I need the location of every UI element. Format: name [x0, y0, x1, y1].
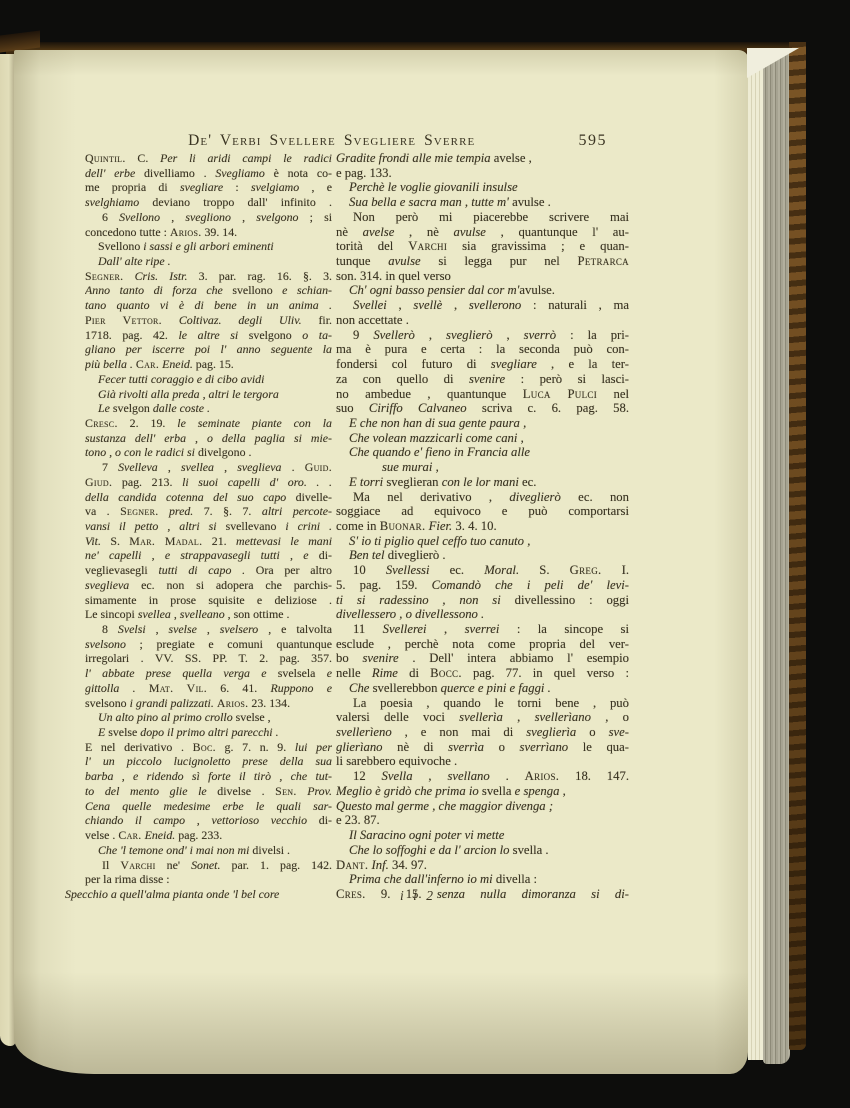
italic-text: e: [327, 666, 332, 680]
small-caps-text: Segner.: [120, 504, 158, 518]
small-caps-text: Sen.: [275, 784, 296, 798]
italic-text: tono , o con le radici si: [85, 445, 195, 459]
text-line: Fecer tutti coraggio e di cibo avidi: [85, 372, 332, 387]
page-stack-edge: [763, 50, 790, 1064]
text-line: tunque avulse si legga pur nel Petrarca: [336, 254, 629, 269]
text-line: Cresc. 2. 19. le seminate piante con la: [85, 416, 332, 431]
text-line: nelle Rime di Bocc. pag. 77. in quel ver…: [336, 666, 629, 681]
text-line: Questo mal germe , che maggior divenga ;: [336, 799, 629, 814]
italic-text: Svella: [382, 769, 413, 783]
text-line: concedono tutte : Arios. 39. 14.: [85, 225, 332, 240]
text-line: bo svenire . Dell' intera abbiamo l' ese…: [336, 651, 629, 666]
italic-text: ti si radessino , non si: [336, 593, 501, 607]
text-line: Già rivolti alla preda , altri le tergor…: [85, 387, 332, 402]
italic-text: Svellono: [119, 210, 160, 224]
italic-text: Coltivaz. degli Uliv.: [179, 313, 302, 327]
text-line: Svellei , svellè , svellerono : naturali…: [336, 298, 629, 313]
italic-text: dell' erbe: [85, 166, 135, 180]
text-line: valersi delle voci svellerìa , svellerìa…: [336, 710, 629, 725]
italic-text: svellerìeno: [336, 725, 392, 739]
italic-text: Meglio è gridò che prima io: [336, 784, 479, 798]
italic-text: svegliare: [180, 180, 223, 194]
small-caps-text: Cres.: [336, 887, 366, 901]
italic-text: sustanza dell' erba , o della paglia si …: [85, 431, 332, 445]
text-line: come in Buonar. Fier. 3. 4. 10.: [336, 519, 629, 534]
italic-text: avulse: [454, 225, 486, 239]
text-line: ti si radessino , non si divellessino : …: [336, 593, 629, 608]
text-line: 9 Svellerò , sveglierò , sverrò : la pri…: [336, 328, 629, 343]
text-line: irregolari . VV. SS. PP. T. 2. pag. 357.: [85, 651, 332, 666]
italic-text: Ch' ogni basso pensier dal cor m': [349, 283, 519, 297]
italic-text: sverrei: [465, 622, 500, 636]
text-line: barba , e ridendo sì forte il tirò , che…: [85, 769, 332, 784]
text-line: Cena quelle medesime erbe le quali sar-: [85, 799, 332, 814]
italic-text: avelse: [363, 225, 395, 239]
text-line: 7 Svelleva , svellea , sveglieva . Guid.: [85, 460, 332, 475]
text-line: l' un piccolo lucignoletto prese della s…: [85, 754, 332, 769]
italic-text: glierìano: [336, 740, 383, 754]
italic-text: sveglieva: [237, 460, 281, 474]
italic-text: sveglieva: [85, 578, 129, 592]
italic-text: svellano: [447, 769, 489, 783]
small-caps-text: Greg.: [570, 563, 602, 577]
italic-text: i sassi e gli arbori eminenti: [143, 239, 273, 253]
small-caps-text: Pier Vettor.: [85, 313, 162, 327]
text-line: 5. pag. 159. Comandò che i peli de' levi…: [336, 578, 629, 593]
italic-text: svelgono: [256, 210, 298, 224]
text-line: Meglio è gridò che prima io svella e spe…: [336, 784, 629, 799]
italic-text: sveglierìa: [526, 725, 576, 739]
small-caps-text: Car.: [118, 828, 141, 842]
italic-text: svenire: [362, 651, 398, 665]
running-head-title: De' Verbi Svellere Svegliere Sverre: [85, 132, 579, 150]
italic-text: Svelleva: [118, 460, 158, 474]
text-line: svellerìeno , e non mai di sveglierìa o …: [336, 725, 629, 740]
text-line: e 23. 87.: [336, 813, 629, 828]
italic-text: Il Saracino ogni poter vi mette: [349, 828, 504, 842]
italic-text: Che 'l temone ond' i mai non mi: [98, 843, 249, 857]
text-line: 11 Svellerei , sverrei : la sincope si: [336, 622, 629, 637]
italic-text: e schian-: [282, 283, 332, 297]
text-line: gliano per iscerre poi l' anno seguente …: [85, 342, 332, 357]
text-line: E torri sveglieran con le lor mani ec.: [336, 475, 629, 490]
text-line: sveglieva ec. non si adopera che parchis…: [85, 578, 332, 593]
italic-text: E: [98, 725, 105, 739]
small-caps-text: Guid.: [305, 460, 332, 474]
text-line: non accettate .: [336, 313, 629, 328]
italic-text: Perchè le voglie giovanili insulse: [349, 180, 518, 194]
italic-text: E torri: [349, 475, 383, 489]
text-line: li sarebbero equivoche .: [336, 754, 629, 769]
text-line: soggiace ad equivoco e può comportarsi: [336, 504, 629, 519]
fore-edge-strip: [748, 56, 763, 1060]
italic-text: Dall' alte ripe .: [98, 254, 171, 268]
italic-text: Sonet.: [191, 858, 220, 872]
italic-text: Per li aridi campi le radici: [160, 151, 332, 165]
italic-text: svellè: [413, 298, 442, 312]
italic-text: svelsono: [85, 637, 126, 651]
small-caps-text: Buonar.: [380, 519, 426, 533]
small-caps-text: Quintil.: [85, 151, 126, 165]
cover-board-edge: [789, 42, 806, 1050]
italic-text: Cris. Istr.: [135, 269, 188, 283]
italic-text: Svellessi: [386, 563, 430, 577]
text-line: va . Segner. pred. 7. §. 7. altri percot…: [85, 504, 332, 519]
italic-text: Rime: [372, 666, 398, 680]
text-column-right: Gradite frondi alle mie tempia avelse ,e…: [336, 151, 629, 902]
italic-text: tutti di capo .: [158, 563, 245, 577]
italic-text: svelgiamo: [251, 180, 299, 194]
page-number: 595: [579, 132, 608, 150]
italic-text: Prov.: [307, 784, 332, 798]
text-line: Gradite frondi alle mie tempia avelse ,: [336, 151, 629, 166]
italic-text: Comandò che i peli de' levi-: [432, 578, 629, 592]
italic-text: Fier.: [429, 519, 453, 533]
italic-text: l' abbate prese quella verga e: [85, 666, 267, 680]
text-line: ma è pura e certa : la seconda può con-: [336, 342, 629, 357]
italic-text: avulse: [388, 254, 420, 268]
italic-text: svellerono: [469, 298, 521, 312]
text-line: svelsono i grandi palizzati. Arios. 23. …: [85, 696, 332, 711]
text-line: simamente in prose squisite e deliziose …: [85, 593, 332, 608]
text-line: to del mento glie le divelse . Sen. Prov…: [85, 784, 332, 799]
text-line: torità del Varchi sia gravissima ; e qua…: [336, 239, 629, 254]
italic-text: altri percote-: [262, 504, 332, 518]
italic-text: Cena quelle medesime erbe le quali sar-: [85, 799, 332, 813]
italic-text: Già rivolti alla preda , altri le tergor…: [98, 387, 279, 401]
italic-text: Vit.: [85, 534, 101, 548]
book-page: De' Verbi Svellere Svegliere Sverre 595 …: [14, 50, 748, 1074]
italic-text: gliano per iscerre poi l' anno seguente …: [85, 342, 332, 356]
small-caps-text: Arios.: [217, 696, 249, 710]
small-caps-text: Luca Pulci: [523, 387, 597, 401]
text-line: Ma nel derivativo , diveglierò ec. non: [336, 490, 629, 505]
small-caps-text: Car.: [136, 357, 159, 371]
text-line: velse . Car. Eneid. pag. 233.: [85, 828, 332, 843]
italic-text: barba , e ridendo sì forte il tirò , che…: [85, 769, 332, 783]
italic-text: mettevasi le mani: [236, 534, 332, 548]
text-line: sustanza dell' erba , o della paglia si …: [85, 431, 332, 446]
text-line: Il Saracino ogni poter vi mette: [336, 828, 629, 843]
italic-text: Svegliamo: [215, 166, 265, 180]
text-line: me propria di svegliare : svelgiamo , e: [85, 180, 332, 195]
signature-mark: i i 2: [368, 888, 468, 904]
text-line: Sua bella e sacra man , tutte m' avulse …: [336, 195, 629, 210]
text-line: glierìano nè di sverrìa o sverrìano le q…: [336, 740, 629, 755]
text-line: più bella . Car. Eneid. pag. 15.: [85, 357, 332, 372]
italic-text: sverrò: [524, 328, 556, 342]
text-line: 12 Svella , svellano . Arios. 18. 147.: [336, 769, 629, 784]
italic-text: diveglierò: [509, 490, 560, 504]
text-line: Che lo soffoghi e da l' arcion lo svella…: [336, 843, 629, 858]
italic-text: pred.: [169, 504, 193, 518]
text-line: Che volean mazzicarli come cani ,: [336, 431, 629, 446]
italic-text: sveglierò: [446, 328, 493, 342]
text-line: E che non han di sua gente paura ,: [336, 416, 629, 431]
italic-text: della candida cotenna del suo capo: [85, 490, 286, 504]
photo-backdrop: De' Verbi Svellere Svegliere Sverre 595 …: [0, 0, 850, 1108]
italic-text: svelsero: [220, 622, 259, 636]
text-line: svelsono ; pregiate e comuni quantunque: [85, 637, 332, 652]
italic-text: Sua bella e sacra man , tutte m': [349, 195, 509, 209]
text-line: Le sincopi svellea , svelleano , son ott…: [85, 607, 332, 622]
italic-text: Gradite frondi alle mie tempia: [336, 151, 491, 165]
italic-text: querce e pini e faggi .: [441, 681, 551, 695]
text-line: 6 Svellono , svegliono , svelgono ; si: [85, 210, 332, 225]
small-caps-text: Mar. Madal.: [129, 534, 202, 548]
text-line: La poesia , quando le torni bene , può: [336, 696, 629, 711]
italic-text: le altre si: [178, 328, 238, 342]
text-line: vansi il petto , altri si svellevano i c…: [85, 519, 332, 534]
text-line: Svellono i sassi e gli arbori eminenti: [85, 239, 332, 254]
italic-text: con le lor mani: [442, 475, 519, 489]
text-line: za con quello di svenire : però si lasci…: [336, 372, 629, 387]
text-line: E svelse dopo il primo altri parecchi .: [85, 725, 332, 740]
italic-text: dalle coste .: [153, 401, 210, 415]
italic-text: svelleano: [180, 607, 225, 621]
text-line: 1718. pag. 42. le altre si svelgono o ta…: [85, 328, 332, 343]
text-line: esclude , perchè nota come propria del v…: [336, 637, 629, 652]
text-line: Giud. pag. 213. li suoi capelli d' oro. …: [85, 475, 332, 490]
italic-text: Anno tanto di forza che: [85, 283, 223, 297]
text-line: 8 Svelsi , svelse , svelsero , e talvolt…: [85, 622, 332, 637]
italic-text: tano quanto vi è di bene in un anima .: [85, 298, 332, 312]
text-line: Prima che dall'inferno io mi divella :: [336, 872, 629, 887]
small-caps-text: Boc.: [193, 740, 216, 754]
italic-text: i grandi palizzati.: [130, 696, 214, 710]
italic-text: svellea: [181, 460, 214, 474]
italic-text: o ta-: [302, 328, 332, 342]
text-line: fondersi col futuro di svegliare , e la …: [336, 357, 629, 372]
text-line: Perchè le voglie giovanili insulse: [336, 180, 629, 195]
italic-text: più bella .: [85, 357, 133, 371]
text-line: Un alto pino al primo crollo svelse ,: [85, 710, 332, 725]
italic-text: le seminate piante con la: [177, 416, 332, 430]
italic-text: Eneid.: [145, 828, 176, 842]
text-line: gittolla . Mat. Vil. 6. 41. Ruppono e: [85, 681, 332, 696]
italic-text: Eneid.: [162, 357, 193, 371]
text-line: Che 'l temone ond' i mai non mi divelsi …: [85, 843, 332, 858]
text-line: suo Ciriffo Calvaneo scriva c. 6. pag. 5…: [336, 401, 629, 416]
small-caps-text: Mat. Vil.: [149, 681, 207, 695]
small-caps-text: Bocc.: [430, 666, 462, 680]
italic-text: Ben tel: [349, 548, 385, 562]
italic-text: E che non han di sua gente paura ,: [349, 416, 526, 430]
italic-text: i crini .: [285, 519, 332, 533]
small-caps-text: Varchi: [408, 239, 447, 253]
text-line: Vit. S. Mar. Madal. 21. mettevasi le man…: [85, 534, 332, 549]
small-caps-text: Arios.: [525, 769, 560, 783]
text-line: Che quando e' fieno in Francia alle: [336, 445, 629, 460]
text-line: divellessero , o divellessono .: [336, 607, 629, 622]
text-line: Ben tel diveglierò .: [336, 548, 629, 563]
text-line: Pier Vettor. Coltivaz. degli Uliv. fir.: [85, 313, 332, 328]
text-line: veglievasegli tutti di capo . Ora per al…: [85, 563, 332, 578]
page-corner: [747, 48, 799, 78]
italic-text: dopo il primo altri parecchi .: [140, 725, 278, 739]
text-line: Anno tanto di forza che svellono e schia…: [85, 283, 332, 298]
text-line: Che svellerebbon querce e pini e faggi .: [336, 681, 629, 696]
small-caps-text: Segner.: [85, 269, 123, 283]
italic-text: e spenga ,: [515, 784, 566, 798]
text-line: son. 314. in quel verso: [336, 269, 629, 284]
text-line: Il Varchi ne' Sonet. par. 1. pag. 142.: [85, 858, 332, 873]
italic-text: svegliono: [185, 210, 231, 224]
italic-text: sue murai ,: [382, 460, 439, 474]
text-line: Non però mi piacerebbe scrivere mai: [336, 210, 629, 225]
italic-text: l' un piccolo lucignoletto prese della s…: [85, 754, 332, 768]
italic-text: svellerìano: [535, 710, 591, 724]
italic-text: Moral.: [484, 563, 519, 577]
italic-text: svellea: [138, 607, 171, 621]
text-line: 10 Svellessi ec. Moral. S. Greg. I.: [336, 563, 629, 578]
running-head: De' Verbi Svellere Svegliere Sverre 595: [85, 132, 607, 152]
italic-text: Svellei: [353, 298, 387, 312]
text-line: Ch' ogni basso pensier dal cor m'avulse.: [336, 283, 629, 298]
text-line: Segner. Cris. Istr. 3. par. rag. 16. §. …: [85, 269, 332, 284]
text-line: S' io ti piglio quel ceffo tuo canuto ,: [336, 534, 629, 549]
text-line: E nel derivativo . Boc. g. 7. n. 9. lui …: [85, 740, 332, 755]
italic-text: svenire: [469, 372, 505, 386]
italic-text: lui per: [295, 740, 332, 754]
italic-text: Svellerò: [373, 328, 415, 342]
text-line: svelghiamo deviano troppo dall' infinito…: [85, 195, 332, 210]
italic-text: li suoi capelli d' oro. . .: [182, 475, 332, 489]
italic-text: Inf.: [372, 858, 389, 872]
italic-text: Ruppono e: [271, 681, 332, 695]
italic-text: Questo mal germe , che maggior divenga ;: [336, 799, 553, 813]
italic-text: Prima che dall'inferno io mi: [349, 872, 493, 886]
italic-text: Che quando e' fieno in Francia alle: [349, 445, 530, 459]
italic-text: Ciriffo Calvaneo: [369, 401, 467, 415]
text-line: sue murai ,: [336, 460, 629, 475]
italic-text: Che lo soffoghi e da l' arcion lo: [349, 843, 509, 857]
italic-text: vansi il petto , altri si: [85, 519, 217, 533]
small-caps-text: Varchi: [120, 858, 155, 872]
text-line: della candida cotenna del suo capo divel…: [85, 490, 332, 505]
italic-text: svelghiamo: [85, 195, 139, 209]
text-line: l' abbate prese quella verga e svelsela …: [85, 666, 332, 681]
text-line: ne' capelli , e strappavasegli tutti , e…: [85, 548, 332, 563]
text-line: tano quanto vi è di bene in un anima .: [85, 298, 332, 313]
text-line: tono , o con le radici si divelgono .: [85, 445, 332, 460]
text-line: dell' erbe divelliamo . Svegliamo è nota…: [85, 166, 332, 181]
italic-text: chiando il campo , vettorioso vecchio: [85, 813, 307, 827]
text-line: Dant. Inf. 34. 97.: [336, 858, 629, 873]
italic-text: sve-: [609, 725, 629, 739]
text-line: Dall' alte ripe .: [85, 254, 332, 269]
italic-text: svegliare: [491, 357, 537, 371]
italic-text: Specchio a quell'alma pianta onde 'l bel…: [65, 887, 279, 901]
italic-text: svellerìa: [459, 710, 503, 724]
small-caps-text: Dant.: [336, 858, 368, 872]
text-line: per la rima disse :: [85, 872, 332, 887]
small-caps-text: Arios.: [170, 225, 202, 239]
text-column-left: Quintil. C. Per li aridi campi le radici…: [85, 151, 332, 902]
italic-text: Svellerei: [383, 622, 427, 636]
small-caps-text: Petrarca: [578, 254, 629, 268]
small-caps-text: Cresc.: [85, 416, 118, 430]
italic-text: Le: [98, 401, 110, 415]
italic-text: gittolla .: [85, 681, 136, 695]
italic-text: Un alto pino al primo crollo: [98, 710, 233, 724]
italic-text: svelse: [168, 622, 196, 636]
text-line: nè avelse , nè avulse , quantunque l' au…: [336, 225, 629, 240]
text-line: chiando il campo , vettorioso vecchio di…: [85, 813, 332, 828]
small-caps-text: Giud.: [85, 475, 112, 489]
italic-text: Che: [349, 681, 369, 695]
italic-text: Svelsi: [118, 622, 146, 636]
italic-text: ne' capelli , e strappavasegli tutti , e: [85, 548, 309, 562]
text-line: e pag. 133.: [336, 166, 629, 181]
italic-text: to del mento glie le: [85, 784, 207, 798]
text-line: Le svelgon dalle coste .: [85, 401, 332, 416]
text-line: no ambedue , quantunque Luca Pulci nel: [336, 387, 629, 402]
italic-text: divellessero , o divellessono .: [336, 607, 484, 621]
text-line: Quintil. C. Per li aridi campi le radici: [85, 151, 332, 166]
italic-text: sverrìa: [448, 740, 484, 754]
italic-text: sverrìano: [520, 740, 569, 754]
italic-text: Fecer tutti coraggio e di cibo avidi: [98, 372, 264, 386]
text-line: Specchio a quell'alma pianta onde 'l bel…: [85, 887, 332, 902]
italic-text: Che volean mazzicarli come cani ,: [349, 431, 524, 445]
italic-text: S' io ti piglio quel ceffo tuo canuto ,: [349, 534, 530, 548]
